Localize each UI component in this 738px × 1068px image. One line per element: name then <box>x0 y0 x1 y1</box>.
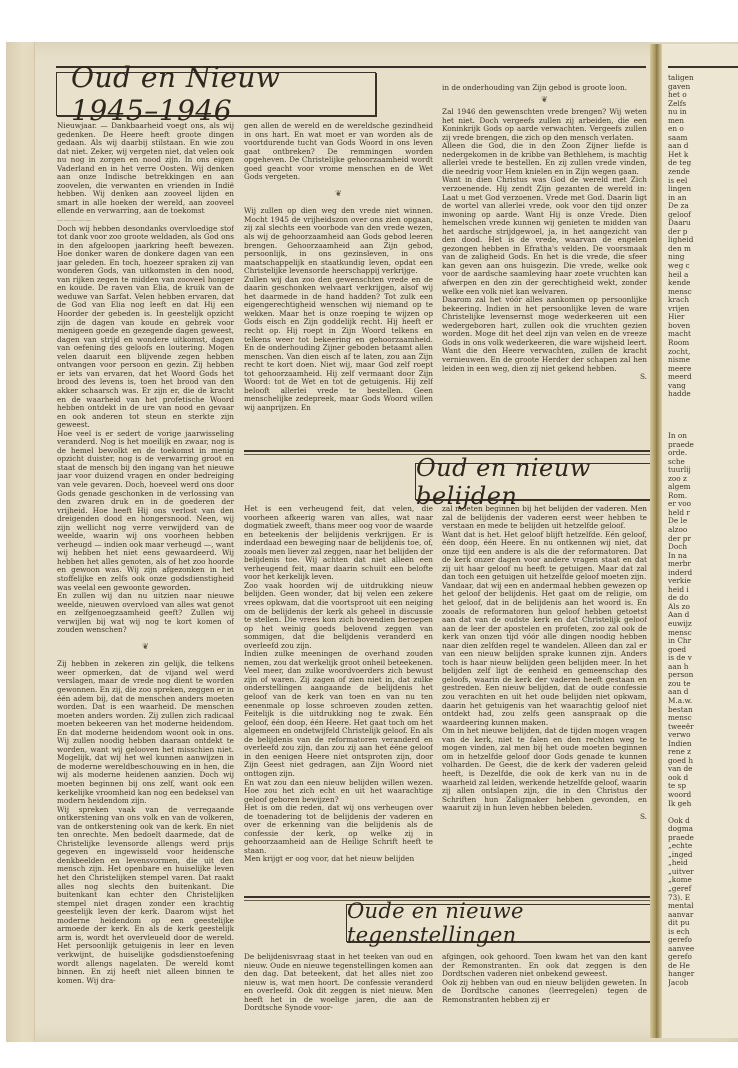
article2-column-2: zal moeten beginnen bij het belijden der… <box>442 505 647 893</box>
article1-column-2: gen allen de wereld en de wereldsche gez… <box>244 122 433 446</box>
article-title-oud-en-nieuw: Oud en Nieuw 1945–1946 <box>56 72 376 116</box>
article3-column-1: De belijdenisvraag staat in het teeken v… <box>244 953 433 1033</box>
article-title-oud-en-nieuw-belijden: Oud en nieuw belijden <box>415 463 653 500</box>
article-title-oude-en-nieuwe-tegenstellingen: Oude en nieuwe tegenstellingen <box>346 904 658 942</box>
paragraph: Zij hebben in zekeren zin gelijk, die te… <box>57 660 234 805</box>
paragraph: Het is om die reden, dat wij ons verheug… <box>244 804 433 855</box>
paragraph: gen allen de wereld en de wereldsche gez… <box>244 122 433 182</box>
paragraph: Het is een verheugend feit, dat velen, d… <box>244 505 433 582</box>
article1-column-3: in de onderhouding van Zijn gebod is gro… <box>442 84 647 447</box>
paragraph: Nieuwjaar. — Dankbaarheid voegt ons, als… <box>57 122 234 216</box>
author-signature: S. <box>442 813 647 822</box>
paragraph: zal moeten beginnen bij het belijden der… <box>442 505 647 531</box>
paragraph: Hoe veel is er sedert de vorige jaarwiss… <box>57 430 234 592</box>
article3-column-2: afgingen, ook gehoord. Toen kwam het van… <box>442 953 647 1033</box>
facing-page-column-bottom: In on praede orde. sche tuurlij zoo z al… <box>668 432 738 988</box>
paragraph: Zullen wij dan zoo den gewenschten vrede… <box>244 276 433 413</box>
ornament-separator-icon: ❦ <box>244 190 433 199</box>
facing-page-rule <box>668 66 738 68</box>
paragraph: Indien zulke meeningen de overhand zoude… <box>244 650 433 778</box>
paragraph: Zoo vaak hoorden wij de uitdrukking nieu… <box>244 582 433 650</box>
section-rule <box>244 896 650 898</box>
ornament-separator-icon: ❦ <box>442 96 647 105</box>
paragraph: Men krijgt er oog voor, dat het nieuw be… <box>244 855 433 864</box>
book-gutter <box>650 44 662 1038</box>
paragraph: Om in het nieuwe belijden, dat de tijden… <box>442 727 647 812</box>
paragraph: Want dat is het. Het geloof blijft hetze… <box>442 531 647 582</box>
article1-column-1: Nieuwjaar. — Dankbaarheid voegt ons, als… <box>57 122 234 1037</box>
paragraph: Daarom zal het vóór alles aankomen op pe… <box>442 296 647 373</box>
paragraph: En wat zou dan een nieuw belijden willen… <box>244 779 433 805</box>
paragraph: Wij zullen op dien weg den vrede niet wi… <box>244 207 433 275</box>
paragraph: afgingen, ook gehoord. Toen kwam het van… <box>442 953 647 979</box>
paragraph: Zal 1946 den gewenschten vrede brengen? … <box>442 108 647 142</box>
paragraph: Ook zij hebben van oud en nieuw belijden… <box>442 979 647 1005</box>
author-signature: S. <box>442 373 647 382</box>
article2-column-1: Het is een verheugend feit, dat velen, d… <box>244 505 433 893</box>
paragraph: En zullen wij dan nu uitzien naar nieuwe… <box>57 592 234 635</box>
facing-page-column-top: taligen gaven het o Zelfs nu in men en o… <box>668 74 738 399</box>
page-edge <box>6 42 35 1042</box>
paragraph: Alleen die God, die in den Zoon Zijner l… <box>442 142 647 176</box>
paragraph: Want in dien Christus was God de wereld … <box>442 176 647 296</box>
paragraph: Vandaar, dat wij een en andermaal hebben… <box>442 582 647 727</box>
paragraph: in de onderhouding van Zijn gebod is gro… <box>442 84 647 93</box>
paragraph: De belijdenisvraag staat in het teeken v… <box>244 953 433 1013</box>
ornament-separator-icon: ❦ <box>57 643 234 652</box>
paragraph: Doch wij hebben desondanks overvloedige … <box>57 225 234 430</box>
paragraph: Wij spreken vaak van de verregaande ontk… <box>57 806 234 985</box>
section-rule <box>244 450 650 452</box>
